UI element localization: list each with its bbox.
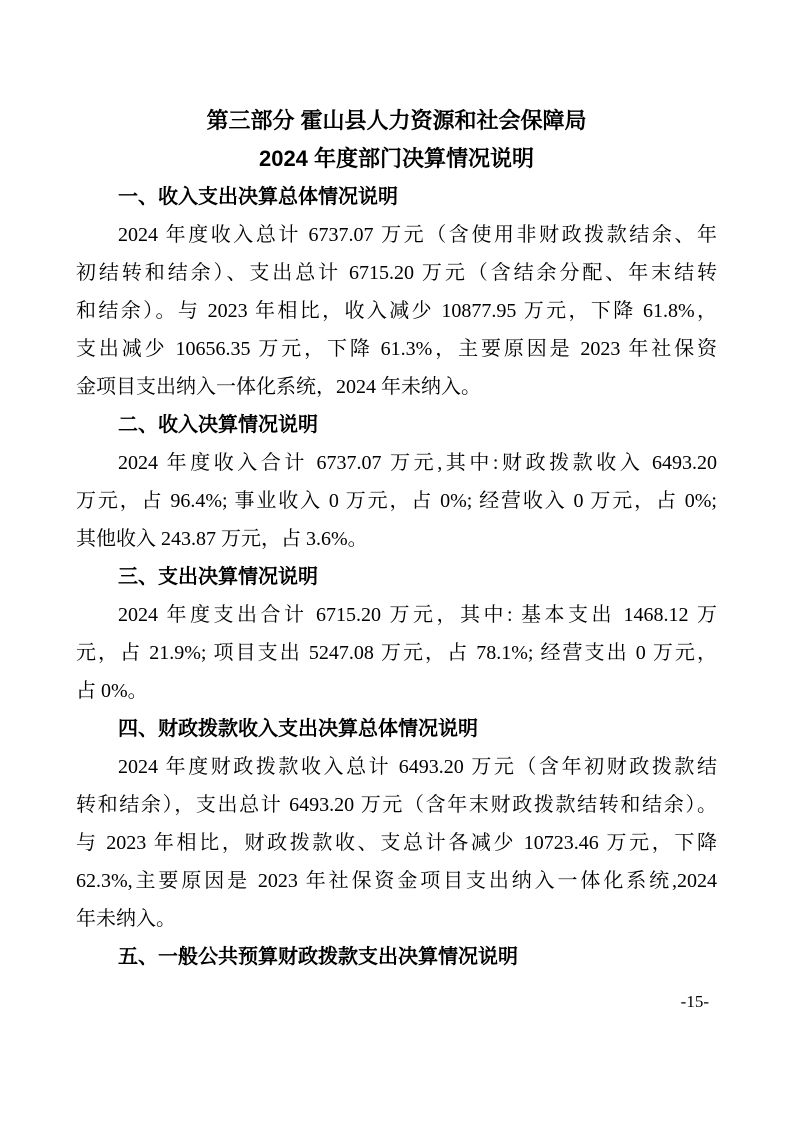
section-heading: 一、收入支出决算总体情况说明 [76, 178, 717, 216]
paragraph-line: 年未纳入。 [76, 900, 717, 938]
document-content: 第三部分 霍山县人力资源和社会保障局 2024 年度部门决算情况说明 一、收入支… [76, 102, 717, 976]
paragraph-line: 支出减少 10656.35 万元，下降 61.3%，主要原因是 2023 年社保… [76, 330, 717, 368]
paragraph-line: 2024 年度收入合计 6737.07 万元,其中:财政拨款收入 6493.20 [76, 444, 717, 482]
paragraph-line: 元，占 21.9%; 项目支出 5247.08 万元，占 78.1%; 经营支出… [76, 634, 717, 672]
sections-container: 一、收入支出决算总体情况说明2024 年度收入总计 6737.07 万元（含使用… [76, 178, 717, 976]
paragraph-line: 初结转和结余）、支出总计 6715.20 万元（含结余分配、年末结转 [76, 254, 717, 292]
section-heading: 二、收入决算情况说明 [76, 406, 717, 444]
paragraph-line: 万元，占 96.4%; 事业收入 0 万元，占 0%; 经营收入 0 万元，占 … [76, 482, 717, 520]
paragraph-line: 其他收入 243.87 万元，占 3.6%。 [76, 520, 717, 558]
document-page: 第三部分 霍山县人力资源和社会保障局 2024 年度部门决算情况说明 一、收入支… [0, 0, 793, 1122]
page-number: -15- [681, 990, 709, 1014]
document-title-line2: 2024 年度部门决算情况说明 [76, 140, 717, 178]
paragraph-line: 金项目支出纳入一体化系统，2024 年未纳入。 [76, 368, 717, 406]
section-heading: 五、一般公共预算财政拨款支出决算情况说明 [76, 938, 717, 976]
paragraph-line: 2024 年度财政拨款收入总计 6493.20 万元（含年初财政拨款结 [76, 748, 717, 786]
paragraph-line: 62.3%,主要原因是 2023 年社保资金项目支出纳入一体化系统,2024 [76, 862, 717, 900]
document-title-line1: 第三部分 霍山县人力资源和社会保障局 [76, 102, 717, 140]
paragraph-line: 和结余）。与 2023 年相比，收入减少 10877.95 万元，下降 61.8… [76, 292, 717, 330]
paragraph-line: 2024 年度收入总计 6737.07 万元（含使用非财政拨款结余、年 [76, 216, 717, 254]
paragraph-line: 占 0%。 [76, 672, 717, 710]
paragraph-line: 与 2023 年相比，财政拨款收、支总计各减少 10723.46 万元，下降 [76, 824, 717, 862]
paragraph-line: 转和结余），支出总计 6493.20 万元（含年末财政拨款结转和结余）。 [76, 786, 717, 824]
section-heading: 三、支出决算情况说明 [76, 558, 717, 596]
section-heading: 四、财政拨款收入支出决算总体情况说明 [76, 710, 717, 748]
paragraph-line: 2024 年度支出合计 6715.20 万元，其中: 基本支出 1468.12 … [76, 596, 717, 634]
